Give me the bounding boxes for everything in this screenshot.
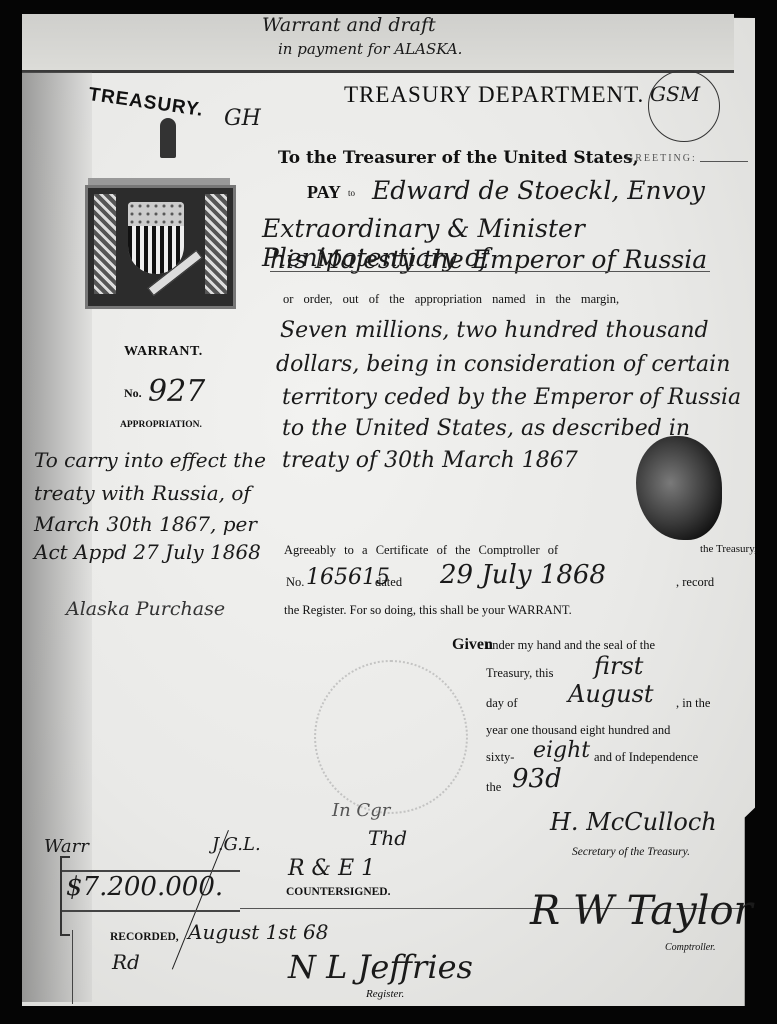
eagle-icon bbox=[160, 118, 176, 158]
left-margin-stain bbox=[22, 72, 92, 1002]
treasury-seal-vignette bbox=[85, 185, 236, 309]
given-line4: year one thousand eight hundred and bbox=[486, 723, 670, 738]
page-title: TREASURY DEPARTMENT. bbox=[344, 82, 644, 108]
amount-text-line5: treaty of 30th March 1867 bbox=[282, 448, 578, 473]
divider bbox=[72, 930, 73, 1004]
given-line6: the bbox=[486, 780, 501, 795]
given-line2: Treasury, this bbox=[486, 666, 553, 681]
payee-line1: Edward de Stoeckl, Envoy bbox=[372, 176, 705, 205]
warrant-no-label: No. bbox=[124, 386, 142, 401]
countersigned-label: COUNTERSIGNED. bbox=[286, 886, 390, 898]
given-line5-post: and of Independence bbox=[594, 750, 698, 765]
register-line: the Register. For so doing, this shall b… bbox=[284, 603, 572, 618]
divider bbox=[270, 271, 710, 272]
shield-stars bbox=[128, 202, 184, 226]
pay-label: PAY bbox=[307, 182, 341, 203]
order-line: or order, out of the appropriation named… bbox=[283, 292, 619, 307]
given-line3-end: , in the bbox=[676, 696, 710, 711]
salutation: To the Treasurer of the United States, bbox=[278, 148, 639, 168]
recorder-initials: Rd bbox=[112, 950, 140, 974]
appropriation-line4: Act Appd 27 July 1868 bbox=[34, 540, 261, 564]
certificate-date: 29 July 1868 bbox=[440, 560, 606, 590]
fasces-left-icon bbox=[94, 194, 116, 294]
appropriation-label: APPROPRIATION. bbox=[120, 420, 202, 430]
fasces-right-icon bbox=[205, 194, 227, 294]
certificate-line-end: the Treasury, bbox=[700, 543, 757, 555]
rce-mark: R & E 1 bbox=[288, 856, 375, 881]
dated-label: dated bbox=[375, 575, 402, 590]
recorded-label: RECORDED, bbox=[110, 931, 179, 943]
greeting-label: GREETING: bbox=[626, 153, 697, 164]
given-line1: under my hand and the seal of the bbox=[486, 638, 655, 653]
comptroller-label: Comptroller. bbox=[665, 942, 715, 953]
initials-top-right: GSM bbox=[650, 82, 700, 106]
warrant-label: WARRANT. bbox=[124, 344, 203, 360]
amount-text-line3: territory ceded by the Emperor of Russia bbox=[282, 385, 741, 410]
mid-mark: Thd bbox=[368, 826, 407, 850]
appropriation-line1: To carry into effect the bbox=[34, 448, 266, 472]
secretary-signature: H. McCulloch bbox=[550, 808, 717, 836]
appropriation-line3: March 30th 1867, per bbox=[34, 512, 257, 536]
appropriation-line2: treaty with Russia, of bbox=[34, 481, 251, 505]
header-note-line1: Warrant and draft bbox=[262, 14, 436, 36]
stamp-circle-icon bbox=[648, 70, 720, 142]
given-month: August bbox=[568, 680, 654, 708]
pay-to-label: to bbox=[348, 188, 355, 198]
left-mark: Warr bbox=[44, 836, 89, 857]
warrant-number: 927 bbox=[148, 374, 205, 409]
given-day: first bbox=[594, 652, 643, 680]
amount-text-line2: dollars, being in consideration of certa… bbox=[276, 352, 730, 377]
header-note-line2: in payment for ALASKA. bbox=[278, 40, 462, 58]
register-signature: N L Jeffries bbox=[288, 948, 473, 986]
embossed-seal-icon bbox=[314, 660, 468, 814]
record-label: , record bbox=[676, 575, 714, 590]
register-label: Register. bbox=[366, 988, 404, 1000]
independence-year: 93d bbox=[512, 764, 562, 794]
margin-note: Alaska Purchase bbox=[66, 598, 225, 620]
in-cgr-note: In Cgr bbox=[332, 800, 390, 821]
secretary-label: Secretary of the Treasury. bbox=[572, 846, 690, 858]
amount-figure: $7.200.000. bbox=[66, 872, 223, 902]
amount-text-line4: to the United States, as described in bbox=[282, 416, 690, 441]
divider bbox=[700, 161, 748, 162]
payee-line3: his Majesty the Emperor of Russia bbox=[270, 245, 707, 274]
certificate-no-label: No. bbox=[286, 575, 304, 590]
given-year-word: eight bbox=[533, 738, 590, 763]
amount-text-line1: Seven millions, two hundred thousand bbox=[280, 318, 709, 343]
comptroller-signature: R W Taylor bbox=[530, 888, 753, 934]
shield-icon bbox=[128, 202, 184, 274]
certificate-line: Agreeably to a Certificate of the Comptr… bbox=[284, 543, 558, 558]
initials-top-left: GH bbox=[224, 106, 261, 131]
recorded-date: August 1st 68 bbox=[188, 920, 329, 944]
given-line5-pre: sixty- bbox=[486, 750, 514, 765]
given-line3: day of bbox=[486, 696, 518, 711]
